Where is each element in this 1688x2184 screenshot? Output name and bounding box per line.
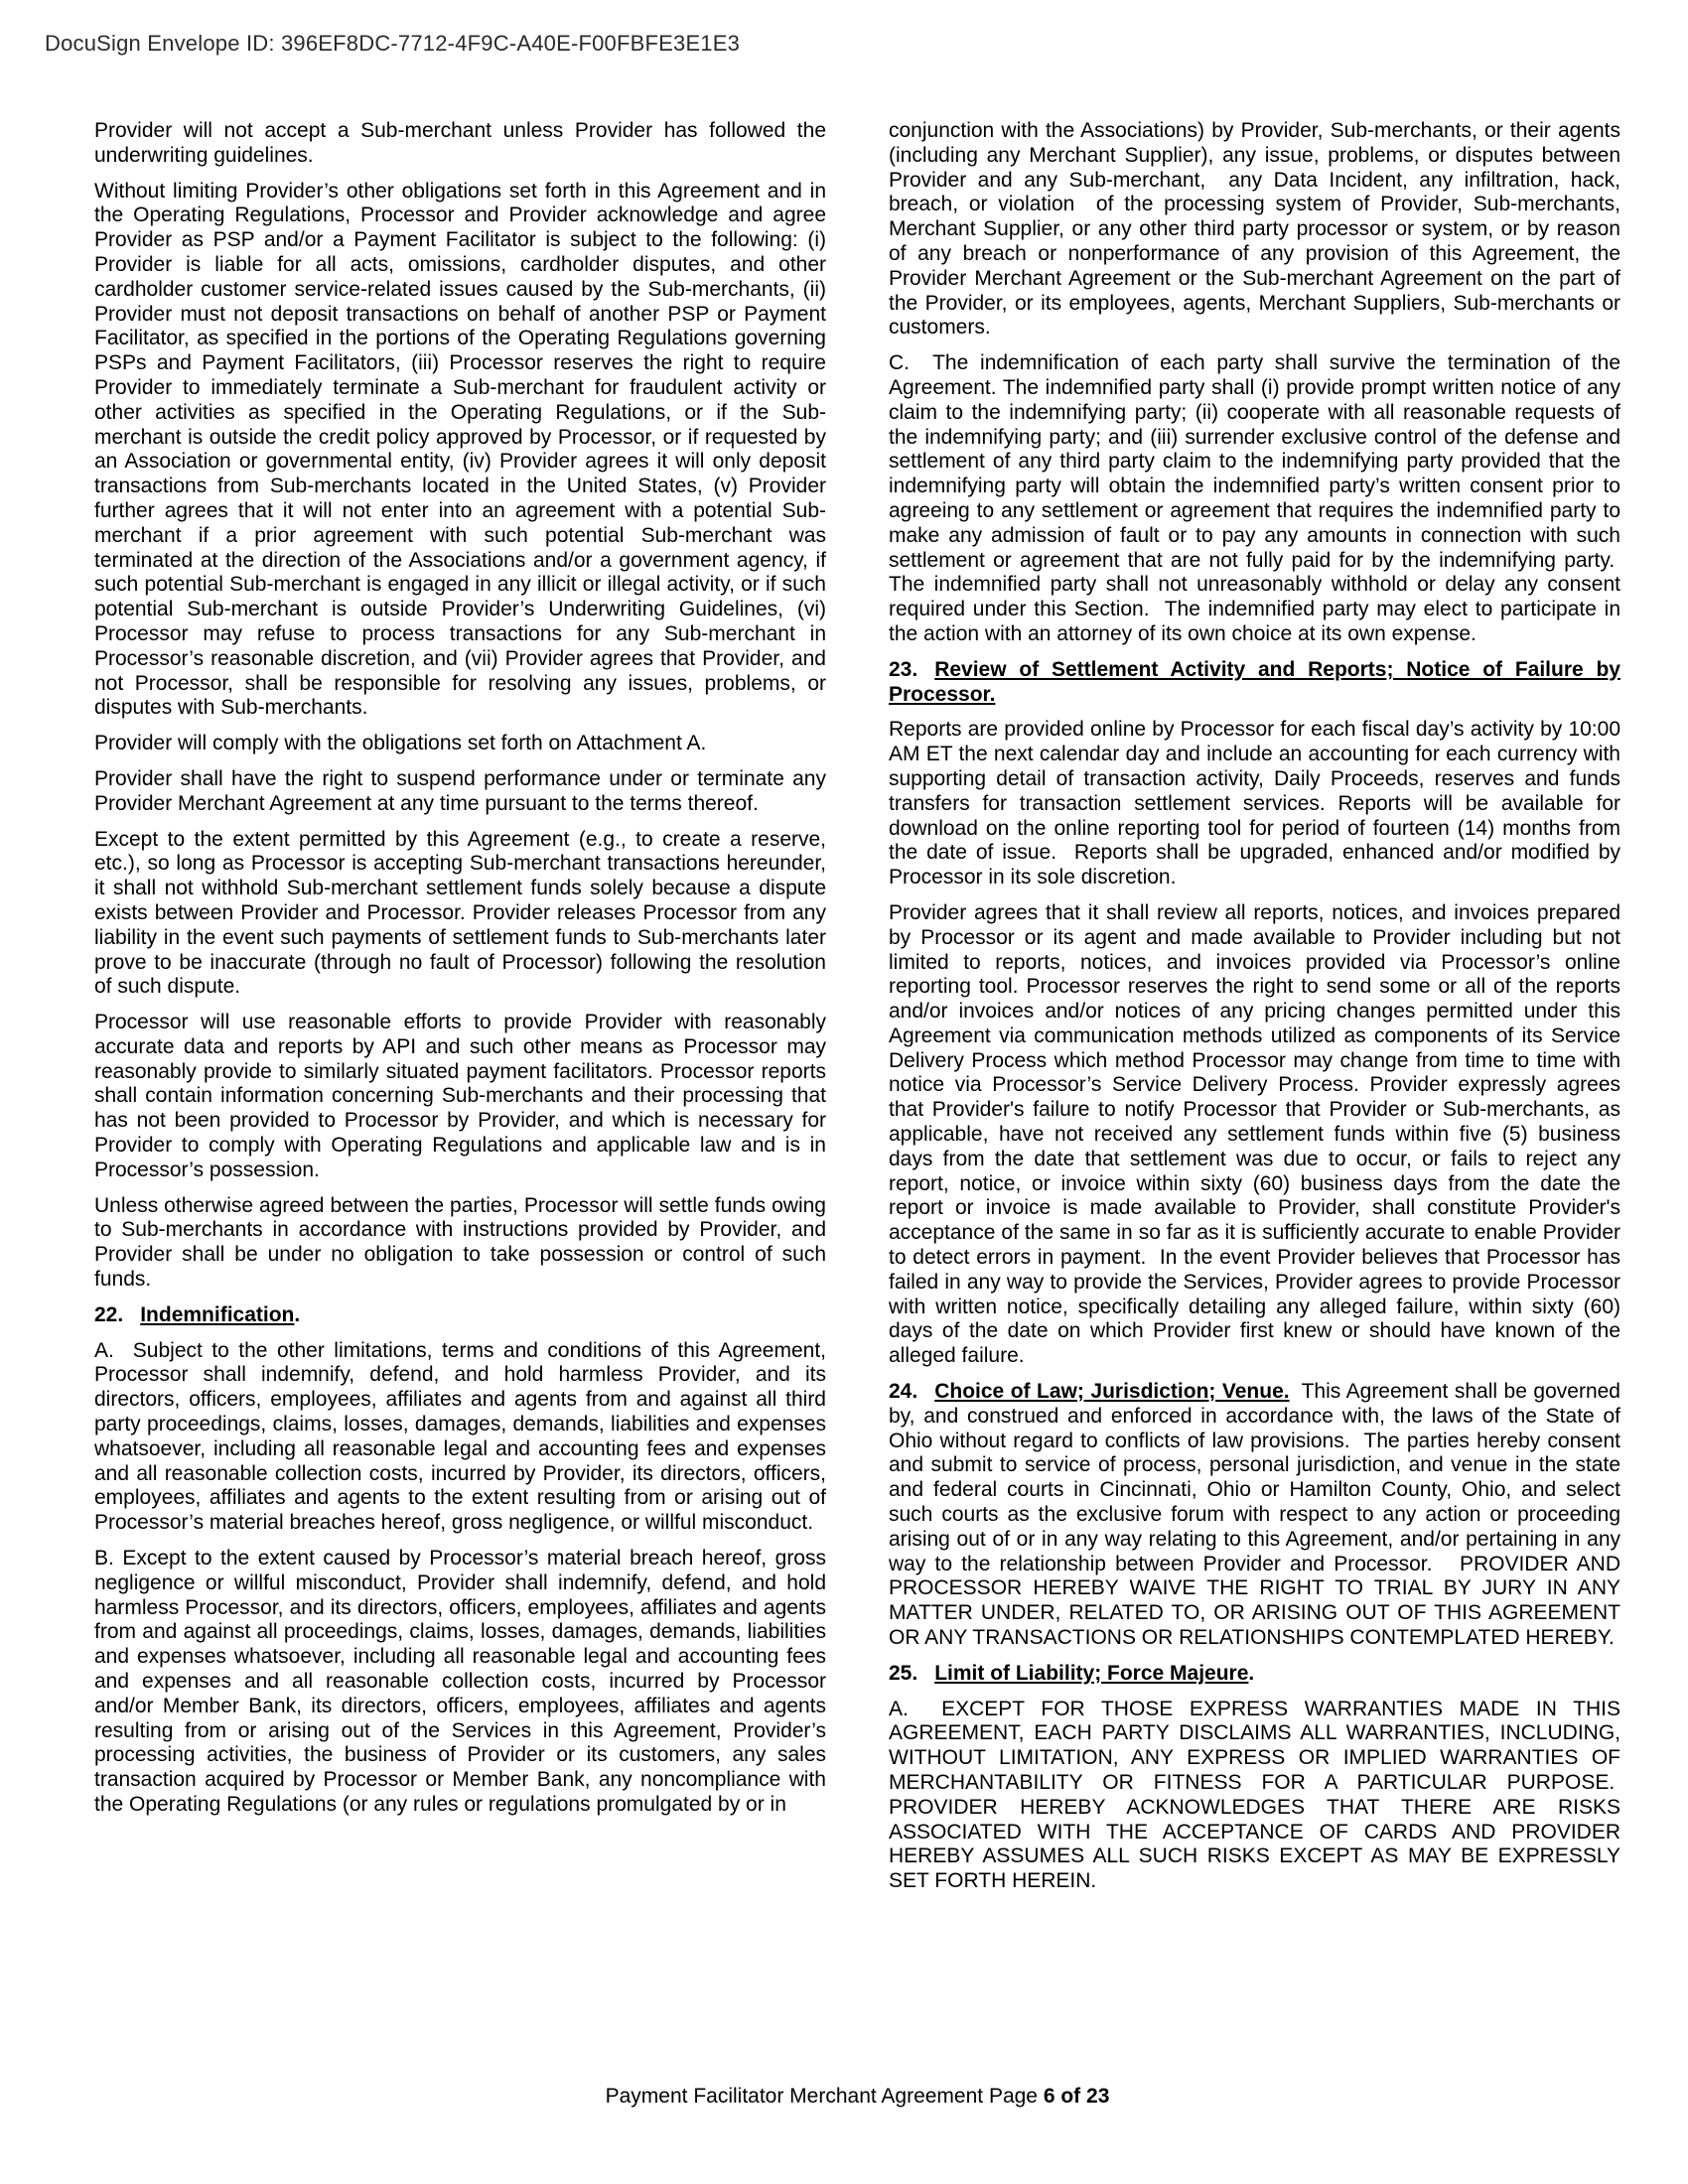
left-column: Provider will not accept a Sub-merchant … (94, 119, 826, 1829)
section-title: Review of Settlement Activity and Report… (889, 658, 1620, 706)
document-page: DocuSign Envelope ID: 396EF8DC-7712-4F9C… (0, 0, 1688, 2184)
right-column: conjunction with the Associations) by Pr… (889, 119, 1620, 1905)
section-number: 25. (889, 1662, 917, 1685)
section-number: 22. (94, 1303, 123, 1326)
paragraph-settle-funds: Unless otherwise agreed between the part… (94, 1194, 826, 1293)
paragraph-psp-obligations: Without limiting Provider’s other obliga… (94, 180, 826, 722)
section-title: Indemnification (140, 1303, 294, 1326)
paragraph-warranty-disclaimer: A. EXCEPT FOR THOSE EXPRESS WARRANTIES M… (889, 1698, 1620, 1894)
section-period: . (1248, 1662, 1254, 1685)
section-number: 24. (889, 1380, 917, 1403)
paragraph-choice-of-law: 24.Choice of Law; Jurisdiction; Venue.Th… (889, 1380, 1620, 1651)
paragraph-suspend-performance: Provider shall have the right to suspend… (94, 767, 826, 817)
section-heading-25: 25.Limit of Liability; Force Majeure. (889, 1662, 1620, 1687)
paragraph-settlement-withholding: Except to the extent permitted by this A… (94, 828, 826, 1001)
paragraph-reports-api: Processor will use reasonable efforts to… (94, 1011, 826, 1183)
section-title: Limit of Liability; Force Majeure (934, 1662, 1248, 1685)
paragraph-underwriting: Provider will not accept a Sub-merchant … (94, 119, 826, 169)
section-number: 23. (889, 658, 917, 681)
page-footer: Payment Facilitator Merchant Agreement P… (94, 2085, 1620, 2109)
paragraph-attachment-a: Provider will comply with the obligation… (94, 732, 826, 756)
footer-document-title: Payment Facilitator Merchant Agreement P… (606, 2085, 1038, 2108)
section-heading-23: 23.Review of Settlement Activity and Rep… (889, 658, 1620, 708)
paragraph-reports-online: Reports are provided online by Processor… (889, 718, 1620, 890)
paragraph-indemnification-a: A. Subject to the other limitations, ter… (94, 1339, 826, 1536)
paragraph-indemnification-b-continued: conjunction with the Associations) by Pr… (889, 119, 1620, 341)
paragraph-review-reports: Provider agrees that it shall review all… (889, 901, 1620, 1369)
footer-page-number: 6 of 23 (1044, 2085, 1110, 2108)
paragraph-indemnification-b: B. Except to the extent caused by Proces… (94, 1547, 826, 1818)
section-title: Choice of Law; Jurisdiction; Venue. (934, 1380, 1289, 1403)
docusign-envelope-id: DocuSign Envelope ID: 396EF8DC-7712-4F9C… (45, 31, 740, 57)
paragraph-indemnification-c: C. The indemnification of each party sha… (889, 351, 1620, 647)
section-period: . (294, 1303, 300, 1326)
choice-of-law-text: This Agreement shall be governed by, and… (889, 1380, 1620, 1649)
section-heading-22: 22.Indemnification. (94, 1303, 826, 1328)
